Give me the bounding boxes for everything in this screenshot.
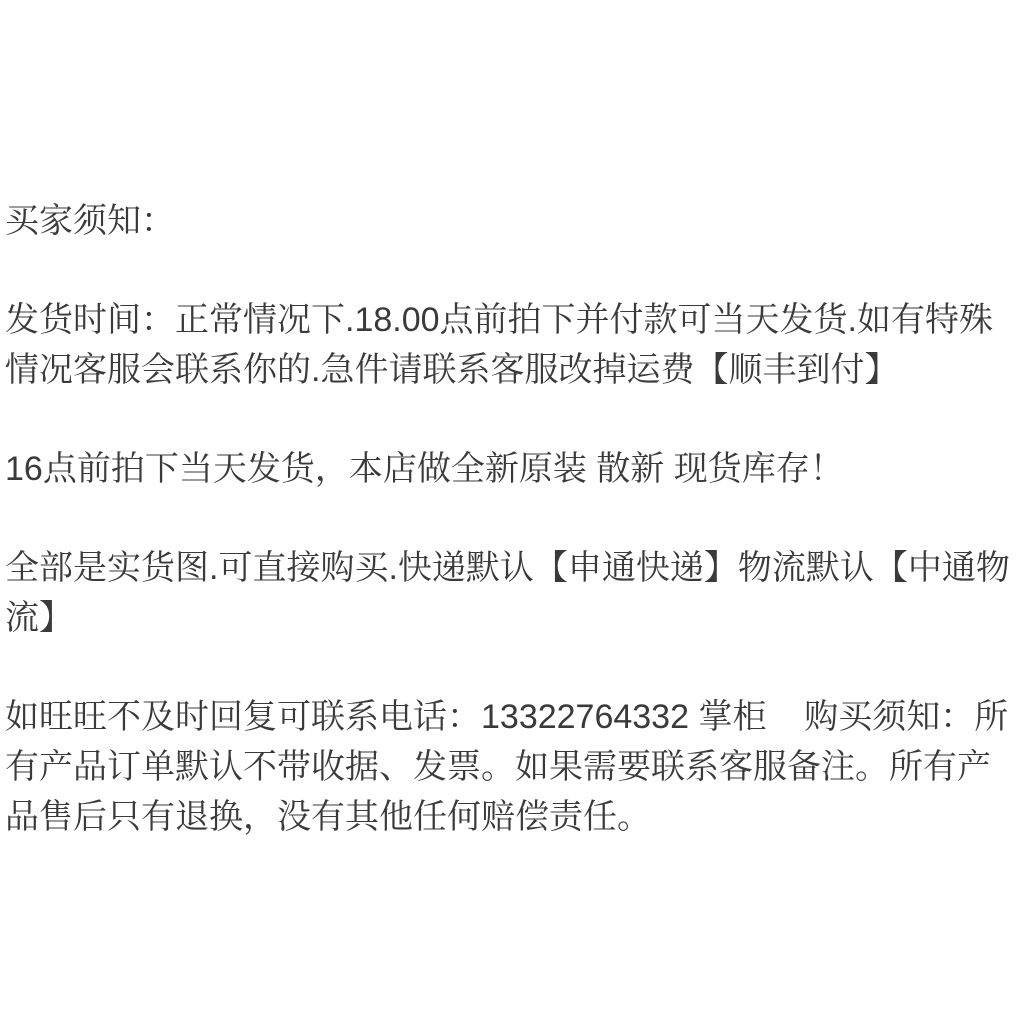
notice-paragraph-stock: 16点前拍下当天发货，本店做全新原装 散新 现货库存！ bbox=[5, 444, 1014, 494]
notice-paragraph-couriers: 全部是实货图.可直接购买.快递默认【申通快递】物流默认【中通物流】 bbox=[5, 543, 1014, 643]
notice-text-block: 买家须知： 发货时间：正常情况下.18.00点前拍下并付款可当天发货.如有特殊情… bbox=[5, 196, 1014, 842]
notice-paragraph-contact-and-policy: 如旺旺不及时回复可联系电话：13322764332 掌柜 购买须知：所有产品订单… bbox=[5, 692, 1014, 842]
notice-paragraph-shipping-time: 发货时间：正常情况下.18.00点前拍下并付款可当天发货.如有特殊情况客服会联系… bbox=[5, 295, 1014, 395]
notice-heading: 买家须知： bbox=[5, 196, 1014, 246]
notice-page: 买家须知： 发货时间：正常情况下.18.00点前拍下并付款可当天发货.如有特殊情… bbox=[0, 0, 1024, 1024]
